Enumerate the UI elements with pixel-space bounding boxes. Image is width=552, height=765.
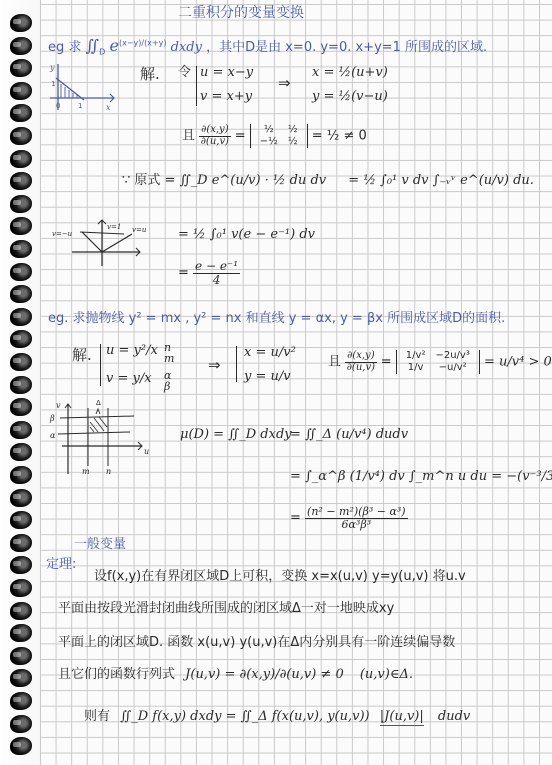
det-cell: ½	[283, 136, 303, 148]
binding-ring	[10, 104, 32, 122]
result-fraction: e − e⁻¹ 4	[193, 260, 240, 286]
original-lead: ∵ 原式 =	[122, 173, 175, 188]
binding-ring	[10, 59, 32, 77]
area-lead: μ(D) = ∬_D dxdy	[180, 428, 292, 441]
jacobian-lead: 且	[182, 129, 195, 144]
binding-ring	[10, 534, 32, 552]
system-brace	[100, 344, 101, 386]
double-integral-symbol: ∬	[86, 36, 100, 55]
line4-lead: 且它们的函数行列式	[58, 667, 175, 682]
jacobian-definition: J(u,v) = ∂(x,y)/∂(u,v) ≠ 0	[185, 667, 344, 682]
fig-label: α	[50, 431, 56, 440]
fig-label: m	[82, 467, 90, 476]
det-cell: −u/v²	[430, 362, 474, 374]
implies-arrow: ⇒	[278, 76, 291, 91]
solution-label: 解.	[140, 67, 160, 82]
prompt-rest: ，其中D是由 x=0. y=0. x+y=1 所围成的区域.	[206, 40, 487, 55]
result-den: 4	[213, 274, 221, 287]
det-cell: 1/v²	[401, 350, 431, 362]
theorem-line-1: 设f(x,y)在有界闭区域D上可积，变换 x=x(u,v) y=y(u,v) 将…	[94, 570, 466, 583]
jacobian-result: = u/v⁴ > 0	[484, 355, 552, 370]
sub-u: u = y²/x	[106, 344, 158, 357]
inverse-x: x = u/v²	[244, 346, 296, 359]
area-result-den: 6α³β³	[342, 519, 372, 531]
binding-ring	[10, 217, 32, 235]
fig-label: Δ	[96, 399, 101, 407]
binding-ring	[10, 263, 32, 281]
implies-arrow: ⇒	[208, 358, 221, 373]
svg-text:y: y	[49, 63, 55, 72]
binding-ring	[10, 579, 32, 597]
region-sub: D	[99, 48, 105, 57]
wedge-region-figure: v=−u v=1 v=u	[52, 218, 152, 268]
jacobian-num: ∂(x,y)	[345, 351, 376, 363]
conclusion-lead: 则有	[84, 709, 110, 724]
area-result-fraction: (n² − m²)(β³ − α³) 6α³β³	[305, 506, 408, 530]
example-label: eg	[48, 40, 64, 55]
binding-ring	[10, 715, 32, 733]
step2: = ½ ∫₀¹ v(e − e⁻¹) dv	[178, 228, 315, 241]
binding-ring	[10, 330, 32, 348]
binding-ring	[10, 195, 32, 213]
binding-ring	[10, 421, 32, 439]
jacobian-den: ∂(u,v)	[347, 363, 375, 374]
fig-label: u	[144, 447, 149, 456]
binding-ring	[10, 172, 32, 190]
original-integral-line: ∵ 原式 = ∬_D e^(u/v) · ½ du dv = ½ ∫₀¹ v d…	[122, 174, 534, 187]
jacobian-determinant: ½½ −½½	[250, 124, 308, 148]
sub-u: u = x−y	[200, 66, 253, 79]
let-text: 令	[178, 66, 191, 79]
jacobian-line-2: 且 ∂(x,y) ∂(u,v) = 1/v²−2u/v³ 1/v−u/v² = …	[328, 350, 552, 374]
u-range-lower: m	[164, 352, 174, 365]
theorem-conclusion: 则有 ∬_D f(x,y) dxdy = ∬_Δ f(x(u,v), y(u,v…	[84, 710, 470, 723]
jacobian-fraction: ∂(x,y) ∂(u,v)	[345, 351, 376, 373]
step3: = e − e⁻¹ 4	[178, 260, 240, 286]
theorem-line-3: 平面上的闭区域D. 函数 x(u,v) y(u,v)在Δ内分别具有一阶连续偏导数	[58, 636, 455, 649]
jacobian-lead: 且	[328, 355, 341, 370]
jacobian-line-1: 且 ∂(x,y) ∂(u,v) = ½½ −½½ = ½ ≠ 0	[182, 124, 367, 148]
binding-ring	[10, 353, 32, 371]
solution-label: 解.	[72, 348, 92, 363]
binding-ring	[10, 376, 32, 394]
binding-ring	[10, 240, 32, 258]
jacobian-determinant: 1/v²−2u/v³ 1/v−u/v²	[396, 350, 480, 374]
fig-label: v=1	[107, 223, 121, 231]
binding-ring	[10, 624, 32, 642]
conclusion-formula: ∬_D f(x,y) dxdy = ∬_Δ f(x(u,v), y(u,v))	[120, 709, 369, 724]
area-result-num: (n² − m²)(β³ − α³)	[305, 506, 408, 519]
binding-ring	[10, 308, 32, 326]
binding-ring	[10, 443, 32, 461]
jacobian-den: ∂(u,v)	[201, 137, 229, 148]
jacobian-abs-highlight: |J(u,v)|	[380, 709, 424, 726]
ask-text: 求	[68, 40, 81, 55]
conclusion-differential: dudv	[438, 709, 470, 724]
svg-text:1: 1	[51, 80, 55, 88]
det-cell: −2u/v³	[430, 350, 474, 362]
binding-ring	[10, 669, 32, 687]
v-range: α β	[164, 370, 171, 392]
inverse-x: x = ½(u+v)	[312, 66, 388, 79]
det-cell: 1/v	[401, 362, 431, 374]
result-num: e − e⁻¹	[193, 260, 240, 274]
theorem-line-4: 且它们的函数行列式 J(u,v) = ∂(x,y)/∂(u,v) ≠ 0 (u,…	[58, 668, 413, 681]
fig-label: v	[56, 401, 61, 410]
theorem-line-2: 平面由按段光滑封闭曲线所围成的闭区域Δ一对一地映成xy	[58, 602, 394, 615]
theorem-label: 定理:	[46, 558, 76, 571]
domain-condition: (u,v)∈Δ.	[360, 667, 413, 682]
example2-prompt: eg. 求抛物线 y² = mx , y² = nx 和直线 y = αx, y…	[48, 312, 505, 325]
binding-ring	[10, 737, 32, 755]
svg-text:1: 1	[78, 102, 82, 110]
v-range-upper: β	[164, 380, 170, 393]
binding-ring	[10, 82, 32, 100]
exponent: (x−y)/(x+y)	[119, 39, 167, 48]
differential: dxdy	[171, 40, 202, 55]
fig-label: β	[49, 414, 55, 423]
sub-v: v = x+y	[200, 90, 252, 103]
area-step2: = ∫_α^β (1/v⁴) dv ∫_m^n u du = −(v⁻³/3)|…	[290, 470, 552, 483]
sub-v: v = y/x	[106, 372, 152, 385]
binding-ring	[10, 466, 32, 484]
binding-ring	[10, 37, 32, 55]
binding-ring	[10, 398, 32, 416]
area-step1: = ∬_Δ (u/v⁴) dudv	[290, 428, 408, 441]
svg-text:x: x	[106, 103, 111, 112]
jacobian-result: = ½ ≠ 0	[312, 129, 367, 144]
theorem-heading: 一般变量	[74, 538, 126, 551]
fig-label: v=u	[132, 226, 147, 234]
inverse-y: y = u/v	[244, 370, 291, 383]
binding-ring	[10, 285, 32, 303]
det-cell: −½	[255, 136, 283, 148]
spiral-binding	[10, 0, 40, 765]
binding-ring	[10, 602, 32, 620]
iterated-integral: = ½ ∫₀¹ v dv ∫₋ᵥᵛ e^(u/v) du.	[348, 173, 534, 188]
svg-text:0: 0	[56, 102, 60, 110]
original-expr: ∬_D e^(u/v) · ½ du dv	[180, 173, 327, 188]
system-brace	[196, 66, 197, 106]
system-brace	[236, 346, 237, 382]
binding-ring	[10, 692, 32, 710]
example1-prompt: eg 求 ∬D e(x−y)/(x+y) dxdy ，其中D是由 x=0. y=…	[48, 38, 487, 57]
binding-ring	[10, 489, 32, 507]
exp-base: e	[109, 36, 118, 55]
binding-ring	[10, 647, 32, 665]
det-cell: ½	[283, 124, 303, 136]
binding-ring	[10, 511, 32, 529]
page-title: 二重积分的变量变换	[178, 6, 304, 20]
triangle-region-figure: y 0 1 1 x	[48, 62, 118, 112]
u-range: n m	[164, 342, 174, 364]
fig-label: n	[106, 467, 111, 476]
rectangle-region-figure: v u β α m n Δ	[46, 396, 156, 476]
binding-ring	[10, 14, 32, 32]
jacobian-num: ∂(x,y)	[199, 125, 230, 137]
binding-ring	[10, 556, 32, 574]
binding-ring	[10, 127, 32, 145]
det-cell: ½	[255, 124, 283, 136]
area-result: = (n² − m²)(β³ − α³) 6α³β³	[290, 506, 408, 530]
inverse-y: y = ½(v−u)	[312, 90, 388, 103]
jacobian-fraction: ∂(x,y) ∂(u,v)	[199, 125, 230, 147]
binding-ring	[10, 150, 32, 168]
fig-label: v=−u	[52, 230, 73, 238]
